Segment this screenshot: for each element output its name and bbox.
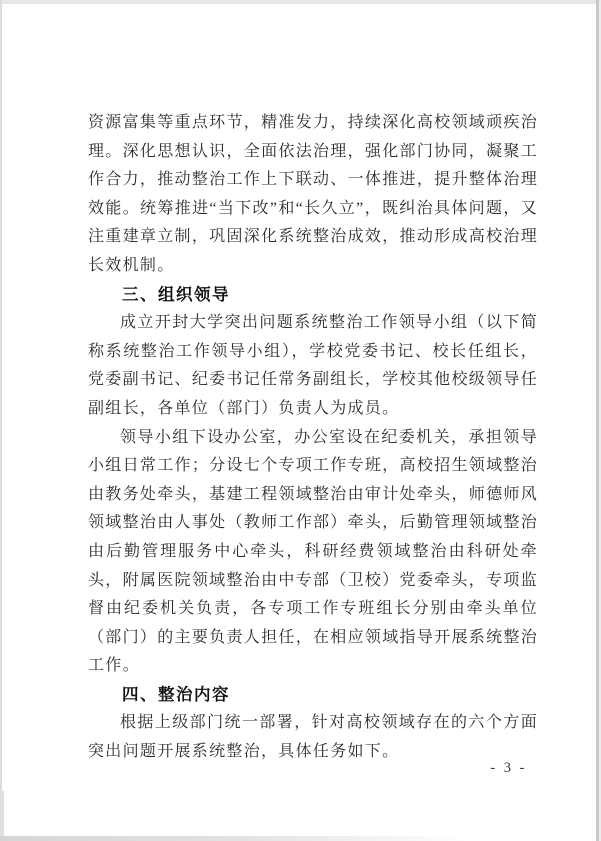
- paragraph-office-and-task-teams: 领导小组下设办公室，办公室设在纪委机关，承担领导小组日常工作；分设七个专项工作专…: [88, 424, 538, 681]
- paragraph-leading-group: 成立开封大学突出问题系统整治工作领导小组（以下简称系统整治工作领导小组），学校党…: [88, 309, 538, 423]
- scan-edge-left: [0, 0, 2, 841]
- scan-corner-smudge: [0, 791, 4, 841]
- paragraph-continuation: 资源富集等重点环节，精准发力，持续深化高校领域顽疾治理。深化思想认识，全面依法治…: [88, 109, 538, 281]
- section-heading-organization: 三、组织领导: [88, 281, 538, 310]
- section-heading-rectification-content: 四、整治内容: [88, 681, 538, 710]
- document-text-block: 资源富集等重点环节，精准发力，持续深化高校领域顽疾治理。深化思想认识，全面依法治…: [88, 109, 538, 767]
- page-number: - 3 -: [490, 760, 527, 777]
- scan-edge-bottom: [0, 836, 601, 841]
- scan-edge-top: [0, 0, 601, 4]
- paragraph-tasks-intro: 根据上级部门统一部署，针对高校领域存在的六个方面突出问题开展系统整治，具体任务如…: [88, 709, 538, 766]
